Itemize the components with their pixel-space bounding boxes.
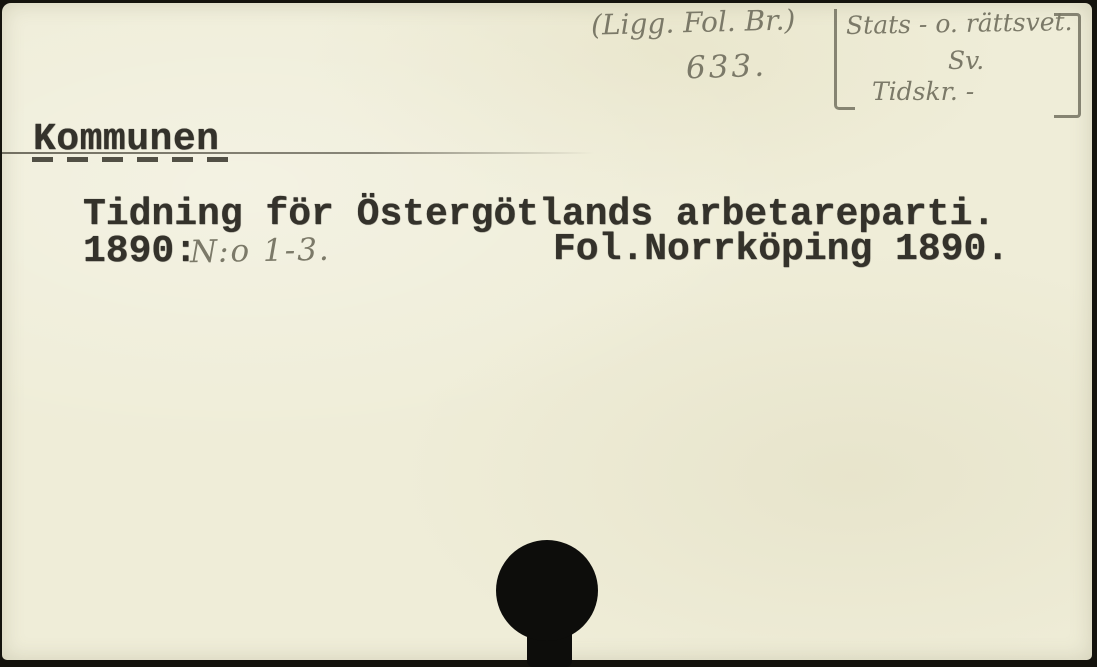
format-annotation: (Ligg. Fol. Br.)	[591, 6, 796, 39]
punch-hole	[496, 540, 598, 641]
imprint-line: Fol.Norrköping 1890.	[553, 231, 1009, 269]
heading-underline-dashes	[32, 157, 229, 162]
issue-note-handwritten: N:o 1-3.	[190, 235, 331, 268]
classification-line-2: Sv.	[948, 48, 984, 73]
heading-rule-line	[2, 152, 594, 154]
year-label: 1890:	[83, 233, 197, 271]
classification-line-3: Tidskr. -	[872, 79, 974, 104]
classification-line-1: Stats - o. rättsvet.	[846, 9, 1073, 38]
card-number-annotation: 633.	[685, 51, 767, 85]
catalog-card-scan: (Ligg. Fol. Br.) 633. Stats - o. rättsve…	[0, 0, 1097, 667]
